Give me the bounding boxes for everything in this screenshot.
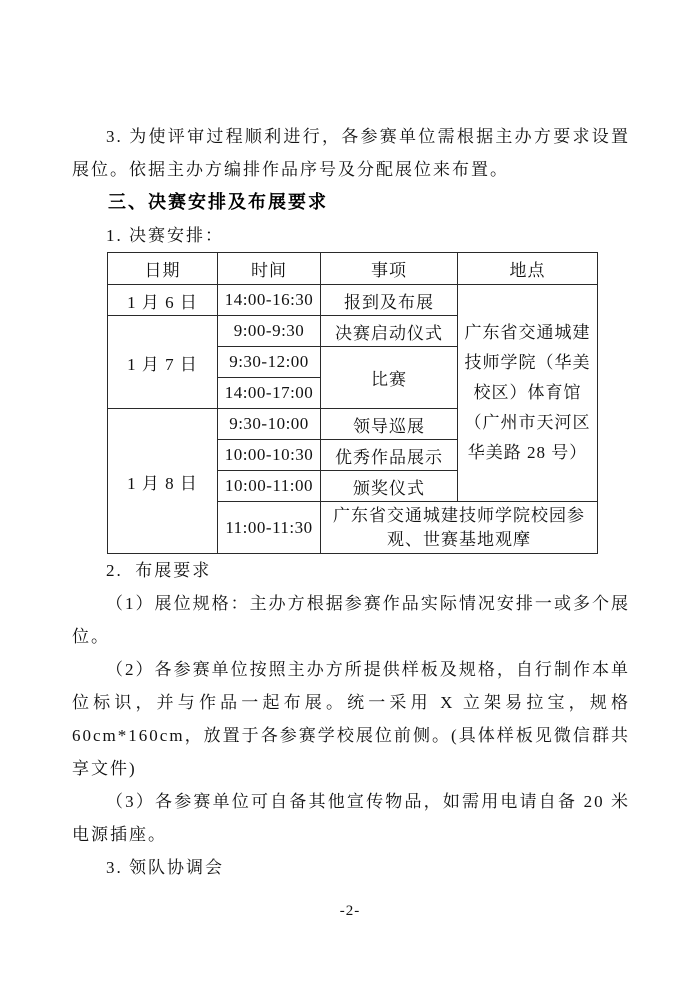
cell-date-jan8: 1 月 8 日 [108, 409, 218, 554]
document-page: 3. 为使评审过程顺利进行，各参赛单位需根据主办方要求设置展位。依据主办方编排作… [0, 0, 700, 990]
cell-time: 14:00-16:30 [218, 285, 321, 316]
booth-item-1: （1）展位规格：主办方根据参赛作品实际情况安排一或多个展位。 [72, 587, 630, 653]
page-number: -2- [0, 903, 700, 920]
cell-time: 11:00-11:30 [218, 502, 321, 554]
table-header-location: 地点 [458, 253, 598, 285]
cell-time: 10:00-10:30 [218, 440, 321, 471]
leader-meeting-label: 3. 领队协调会 [72, 851, 630, 884]
table-header-date: 日期 [108, 253, 218, 285]
cell-event: 报到及布展 [321, 285, 458, 316]
cell-time: 9:30-10:00 [218, 409, 321, 440]
cell-event: 领导巡展 [321, 409, 458, 440]
cell-event: 决赛启动仪式 [321, 316, 458, 347]
booth-item-3: （3）各参赛单位可自备其他宣传物品，如需用电请自备 20 米电源插座。 [72, 785, 630, 851]
table-header-time: 时间 [218, 253, 321, 285]
finals-schedule-label: 1. 决赛安排： [72, 219, 630, 252]
cell-time: 9:00-9:30 [218, 316, 321, 347]
schedule-table: 日期 时间 事项 地点 1 月 6 日 14:00-16:30 报到及布展 广东… [107, 252, 598, 554]
cell-event: 颁奖仪式 [321, 471, 458, 502]
paragraph-intro: 3. 为使评审过程顺利进行，各参赛单位需根据主办方要求设置展位。依据主办方编排作… [72, 120, 630, 186]
cell-date-jan7: 1 月 7 日 [108, 316, 218, 409]
cell-date-jan6: 1 月 6 日 [108, 285, 218, 316]
cell-event-competition: 比赛 [321, 347, 458, 409]
section-heading: 三、决赛安排及布展要求 [72, 186, 630, 219]
table-header-row: 日期 时间 事项 地点 [108, 253, 598, 285]
cell-time: 9:30-12:00 [218, 347, 321, 378]
booth-requirements-label: 2. 布展要求 [72, 554, 630, 587]
document-body: 3. 为使评审过程顺利进行，各参赛单位需根据主办方要求设置展位。依据主办方编排作… [72, 120, 630, 884]
cell-location: 广东省交通城建技师学院（华美校区）体育馆（广州市天河区华美路 28 号） [458, 285, 598, 502]
table-row: 1 月 6 日 14:00-16:30 报到及布展 广东省交通城建技师学院（华美… [108, 285, 598, 316]
table-header-event: 事项 [321, 253, 458, 285]
cell-event: 优秀作品展示 [321, 440, 458, 471]
booth-item-2: （2）各参赛单位按照主办方所提供样板及规格，自行制作本单位标识，并与作品一起布展… [72, 653, 630, 785]
cell-time: 14:00-17:00 [218, 378, 321, 409]
cell-event-campus-tour: 广东省交通城建技师学院校园参观、世赛基地观摩 [321, 502, 598, 554]
cell-time: 10:00-11:00 [218, 471, 321, 502]
